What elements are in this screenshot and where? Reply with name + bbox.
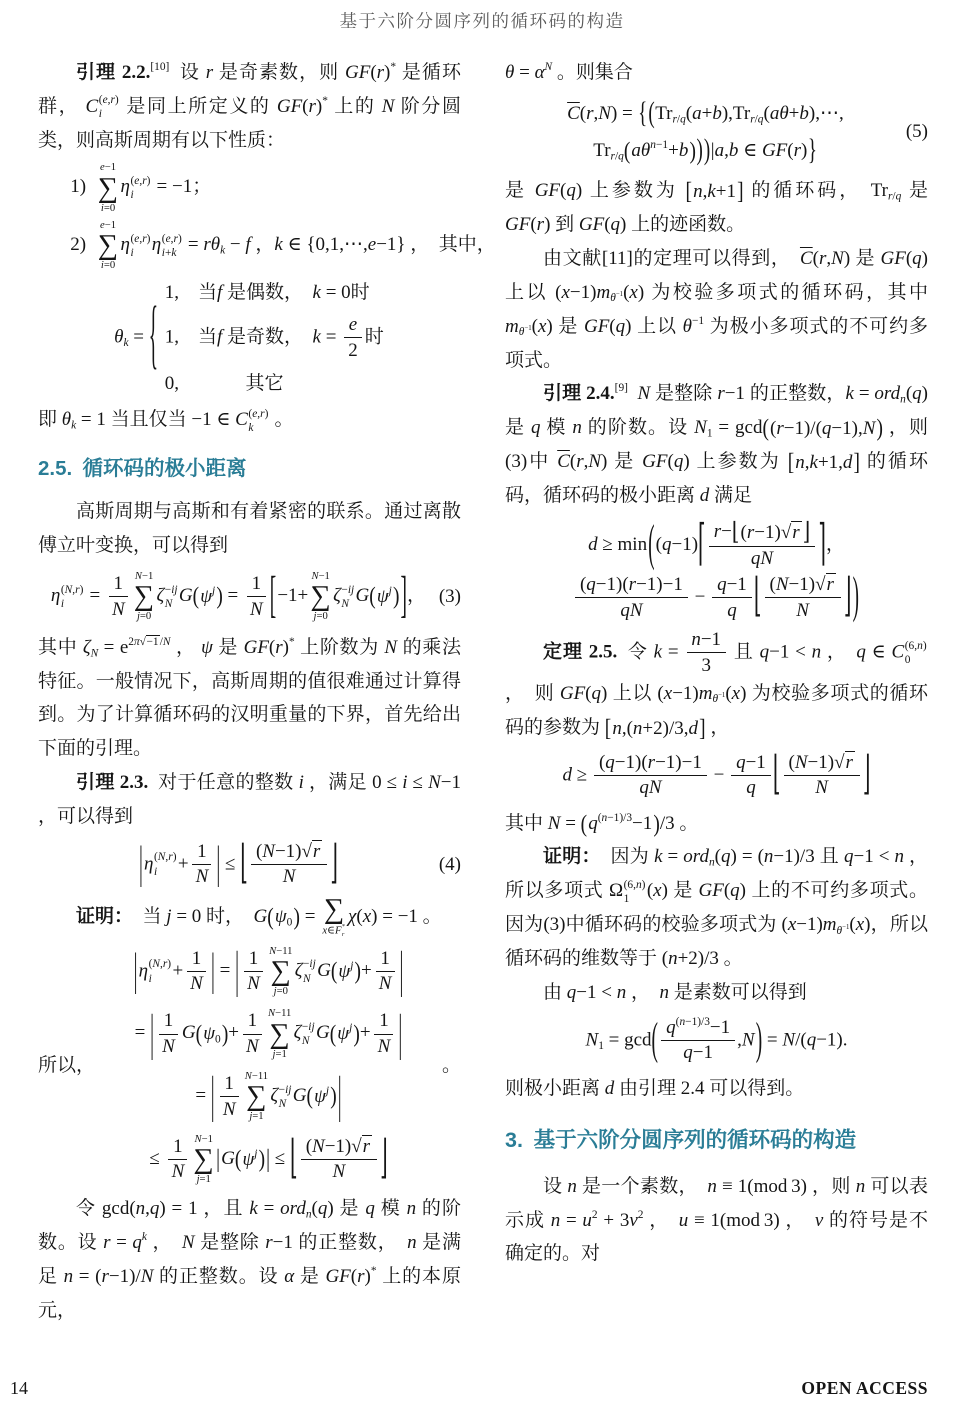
prime-condition-paragraph: 由 q−1 < n ， n 是素数可以得到 [505, 976, 928, 1010]
cyclic-code-paragraph: 是 GF(q) 上参数为 [n,k+1] 的循环码， Trr/q 是 GF(r)… [505, 174, 928, 242]
document-page: 基于六阶分圆序列的循环码的构造 引理 2.2.[10] 设 r 是奇素数，则 G… [0, 0, 964, 1411]
theta-cases-equation: θk = {1, 当f 是偶数， k = 0时1, 当f 是奇数， k = e2… [38, 280, 461, 396]
derivation-lines: |η(N,r)i+1N| = |1NN−11∑j=0ζ−ijNG(ψj)+1N|… [97, 945, 440, 1187]
derivation-line-2: = |1NG(ψ0)+1NN−11∑j=1ζ−ijNG(ψj)+1N| [135, 1007, 403, 1061]
equation-5-line-2: Trr/q(aθn−1+b)))|a,b ∈ GF(r)} [593, 134, 817, 168]
equation-5: C(r,N) = {(Trr/q(a+b),Trr/q(aθ+b),⋯, Trr… [505, 97, 928, 168]
proof-2-5-paragraph: 证明： 因为 k = ordn(q) = (n−1)/3 且 q−1 < n ，… [505, 840, 928, 975]
open-access-label: OPEN ACCESS [801, 1378, 928, 1399]
reference-11-paragraph: 由文献[11]的定理可以得到， C(r,N) 是 GF(q) 上以 (x−1)m… [505, 242, 928, 377]
d-min-line-1: d ≥ min((q−1)⌈r−⌊(r−1)√r⌋qN⌉， [588, 520, 845, 571]
left-column: 引理 2.2.[10] 设 r 是奇素数，则 GF(r)* 是循环群， C(e,… [38, 56, 461, 1328]
running-head-title: 基于六阶分圆序列的循环码的构造 [0, 8, 964, 33]
lemma-2-4-paragraph: 引理 2.4.[9] N 是整除 r−1 的正整数，k = ordn(q) 是 … [505, 377, 928, 512]
page-number: 14 [10, 1378, 28, 1399]
derivation-line-1: |η(N,r)i+1N| = |1NN−11∑j=0ζ−ijNG(ψj)+1N| [134, 945, 404, 999]
right-column: θ = αN 。则集合 C(r,N) = {(Trr/q(a+b),Trr/q(… [505, 56, 928, 1328]
theorem-2-5-paragraph: 定理 2.5. 令 k = n−13 且 q−1 < n ， q ∈ C(6,n… [505, 629, 928, 745]
theta-note-paragraph: 即 θk = 1 当且仅当 −1 ∈ C(e,r)k 。 [38, 403, 461, 437]
theta-alpha-paragraph: θ = αN 。则集合 [505, 56, 928, 90]
equation-5-line-1: C(r,N) = {(Trr/q(a+b),Trr/q(aθ+b),⋯, [567, 97, 844, 131]
equation-5-body: C(r,N) = {(Trr/q(a+b),Trr/q(aθ+b),⋯, Trr… [505, 97, 906, 168]
derivation-line-3: = |1NN−11∑j=1ζ−ijNG(ψj)| [195, 1070, 341, 1124]
equation-3-body: η(N,r)i = 1NN−1∑j=0ζ−ijNG(ψj) = 1N[−1+N−… [38, 570, 439, 624]
n1-gcd-equation: N1 = gcd(q(n−1)/3−1q−1,N) = N/(q−1). [505, 1017, 928, 1065]
suoyi-label: 所以， [38, 1049, 95, 1083]
section-3-heading: 3. 基于六阶分圆序列的循环码的构造 [505, 1121, 928, 1159]
section-3-intro-paragraph: 设 n 是一个素数， n ≡ 1(mod 3) ，则 n 可以表示成 n = u… [505, 1170, 928, 1271]
lemma-2-2-paragraph: 引理 2.2.[10] 设 r 是奇素数，则 GF(r)* 是循环群， C(e,… [38, 56, 461, 157]
equation-4-body: |η(N,r)i+1N| ≤ ⌊(N−1)√rN⌋ [38, 841, 439, 889]
section-2-5-heading: 2.5. 循环码的极小距离 [38, 451, 461, 487]
block-period: 。 [442, 1049, 461, 1083]
lemma-2-3-paragraph: 引理 2.3. 对于任意的整数 i ，满足 0 ≤ i ≤ N−1 ，可以得到 [38, 766, 461, 834]
conclusion-paragraph: 则极小距离 d 由引理 2.4 可以得到。 [505, 1072, 928, 1106]
page-footer: 14 OPEN ACCESS [10, 1378, 928, 1399]
proof-derivation-block: 所以， |η(N,r)i+1N| = |1NN−11∑j=0ζ−ijNG(ψj)… [38, 945, 461, 1187]
d-min-line-2: (q−1)(r−1)−1qN − q−1q⌊(N−1)√rN⌋) [573, 574, 860, 622]
zeta-definition-paragraph: 其中 ζN = e2π√−1/N ， ψ 是 GF(r)* 上阶数为 N 的乘法… [38, 631, 461, 766]
equation-3-tag: (3) [439, 580, 461, 614]
theorem-2-5-bound-equation: d ≥ (q−1)(r−1)−1qN − q−1q⌊(N−1)√rN⌋ [505, 752, 928, 800]
equation-5-tag: (5) [906, 115, 928, 149]
equation-4-tag: (4) [439, 848, 461, 882]
proof-2-3-intro: 证明： 当 j = 0 时， G(ψ0) = ∑x∈F*rχ(x) = −1 。 [38, 896, 461, 939]
two-column-layout: 引理 2.2.[10] 设 r 是奇素数，则 GF(r)* 是循环群， C(e,… [38, 56, 928, 1328]
gcd-setup-paragraph: 令 gcd(n,q) = 1 ，且 k = ordn(q) 是 q 模 n 的阶… [38, 1192, 461, 1327]
n-definition-paragraph: 其中 N = (q(n−1)/3−1)/3 。 [505, 807, 928, 841]
d-min-equation: d ≥ min((q−1)⌈r−⌊(r−1)√r⌋qN⌉， (q−1)(r−1)… [505, 520, 928, 622]
derivation-line-4: ≤ 1NN−1∑j=1|G(ψj)| ≤ ⌊(N−1)√rN⌋ [149, 1133, 387, 1187]
lemma-2-2-property-1: 1) e−1∑i=0η(e,r)i = −1； [38, 161, 461, 215]
equation-4: |η(N,r)i+1N| ≤ ⌊(N−1)√rN⌋ (4) [38, 841, 461, 889]
gauss-period-paragraph: 高斯周期与高斯和有着紧密的联系。通过离散傅立叶变换，可以得到 [38, 495, 461, 563]
lemma-2-2-property-2: 2) e−1∑i=0η(e,r)iη(e,r)i+k = rθk − f ，k … [38, 219, 461, 273]
equation-3: η(N,r)i = 1NN−1∑j=0ζ−ijNG(ψj) = 1N[−1+N−… [38, 570, 461, 624]
